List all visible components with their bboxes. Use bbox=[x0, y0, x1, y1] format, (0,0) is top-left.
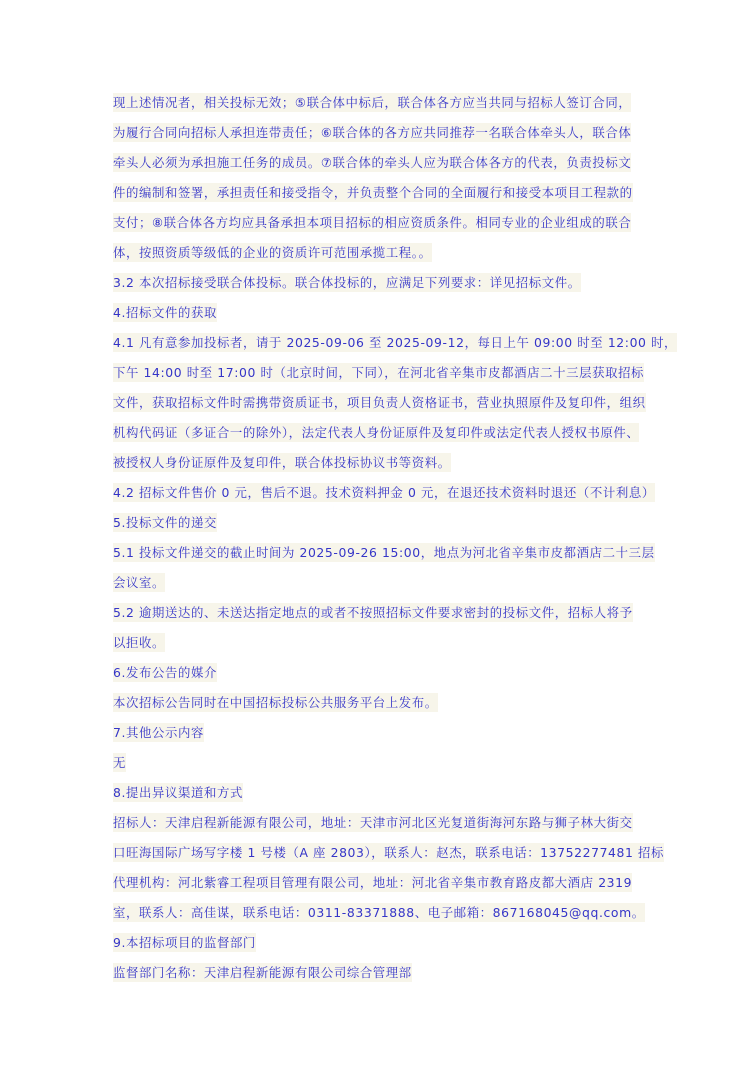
section-heading: 7.其他公示内容 bbox=[113, 718, 643, 748]
section-heading: 6.发布公告的媒介 bbox=[113, 658, 643, 688]
paragraph-line: 体，按照资质等级低的企业的资质许可范围承揽工程。。 bbox=[113, 238, 643, 268]
paragraph-line: 以拒收。 bbox=[113, 628, 643, 658]
paragraph-line: 招标人：天津启程新能源有限公司，地址：天津市河北区光复道街海河东路与狮子林大街交 bbox=[113, 808, 643, 838]
section-heading: 9.本招标项目的监督部门 bbox=[113, 928, 643, 958]
paragraph-line: 为履行合同向招标人承担连带责任；⑥联合体的各方应共同推荐一名联合体牵头人，联合体 bbox=[113, 118, 643, 148]
section-heading: 4.招标文件的获取 bbox=[113, 298, 643, 328]
paragraph-line: 口旺海国际广场写字楼 1 号楼（A 座 2803），联系人：赵杰，联系电话：13… bbox=[113, 838, 643, 868]
document-page: 现上述情况者，相关投标无效；⑤联合体中标后，联合体各方应当共同与招标人签订合同，… bbox=[113, 88, 643, 988]
paragraph-line: 件的编制和签署，承担责任和接受指令，并负责整个合同的全面履行和接受本项目工程款的 bbox=[113, 178, 643, 208]
paragraph-line: 下午 14:00 时至 17:00 时（北京时间，下同），在河北省辛集市皮都酒店… bbox=[113, 358, 643, 388]
paragraph-line: 5.1 投标文件递交的截止时间为 2025-09-26 15:00，地点为河北省… bbox=[113, 538, 643, 568]
paragraph-line: 被授权人身份证原件及复印件，联合体投标协议书等资料。 bbox=[113, 448, 643, 478]
paragraph-line: 现上述情况者，相关投标无效；⑤联合体中标后，联合体各方应当共同与招标人签订合同， bbox=[113, 88, 643, 118]
paragraph-line: 室，联系人：高佳谋，联系电话：0311-83371888、电子邮箱：867168… bbox=[113, 898, 643, 928]
paragraph-line: 机构代码证（多证合一的除外），法定代表人身份证原件及复印件或法定代表人授权书原件… bbox=[113, 418, 643, 448]
paragraph-line: 本次招标公告同时在中国招标投标公共服务平台上发布。 bbox=[113, 688, 643, 718]
paragraph-line: 代理机构：河北紫睿工程项目管理有限公司，地址：河北省辛集市教育路皮都大酒店 23… bbox=[113, 868, 643, 898]
paragraph-line: 文件，获取招标文件时需携带资质证书，项目负责人资格证书，营业执照原件及复印件，组… bbox=[113, 388, 643, 418]
paragraph-line: 5.2 逾期送达的、未送达指定地点的或者不按照招标文件要求密封的投标文件，招标人… bbox=[113, 598, 643, 628]
paragraph-line: 会议室。 bbox=[113, 568, 643, 598]
paragraph-line: 4.2 招标文件售价 0 元，售后不退。技术资料押金 0 元，在退还技术资料时退… bbox=[113, 478, 643, 508]
paragraph-line: 支付；⑧联合体各方均应具备承担本项目招标的相应资质条件。相同专业的企业组成的联合 bbox=[113, 208, 643, 238]
paragraph-line: 无 bbox=[113, 748, 643, 778]
section-heading: 5.投标文件的递交 bbox=[113, 508, 643, 538]
paragraph-line: 4.1 凡有意参加投标者，请于 2025-09-06 至 2025-09-12，… bbox=[113, 328, 643, 358]
section-heading: 8.提出异议渠道和方式 bbox=[113, 778, 643, 808]
paragraph-line: 监督部门名称：天津启程新能源有限公司综合管理部 bbox=[113, 958, 643, 988]
paragraph-line: 牵头人必须为承担施工任务的成员。⑦联合体的牵头人应为联合体各方的代表，负责投标文 bbox=[113, 148, 643, 178]
paragraph-line: 3.2 本次招标接受联合体投标。联合体投标的，应满足下列要求：详见招标文件。 bbox=[113, 268, 643, 298]
